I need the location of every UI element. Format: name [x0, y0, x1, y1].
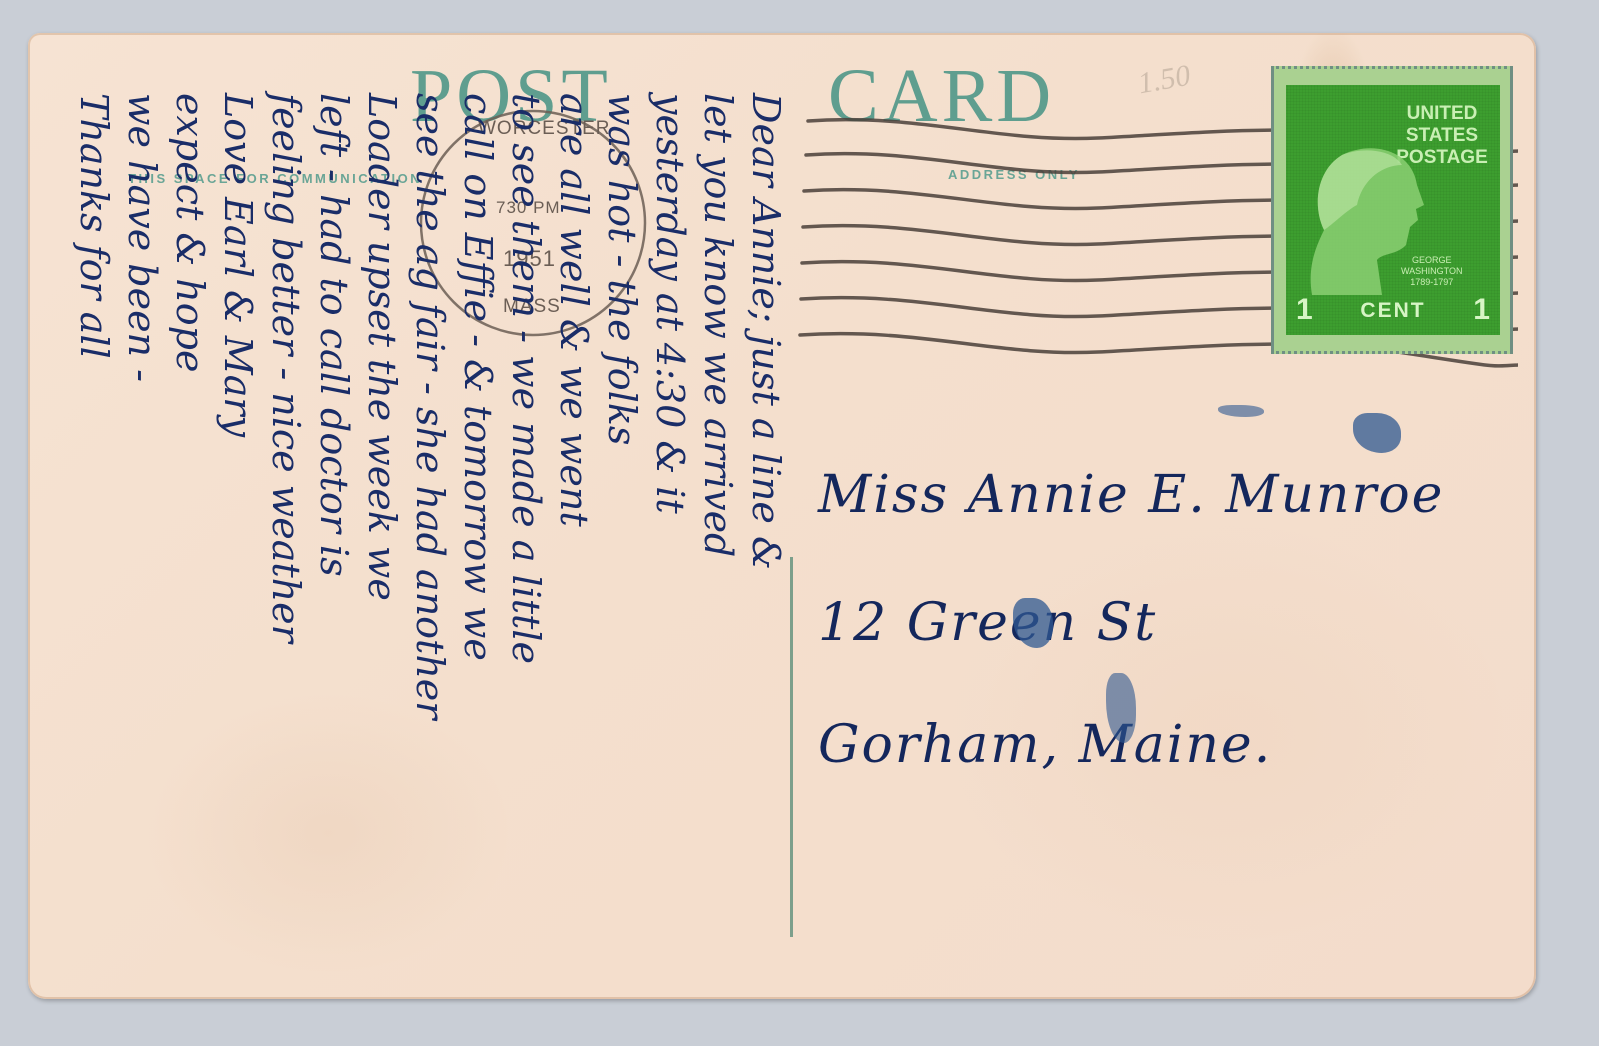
recipient-name: Miss Annie E. Munroe [818, 465, 1444, 525]
stamp-value-right: 1 [1473, 295, 1490, 325]
message-line: call on Effie - & tomorrow we [456, 93, 500, 661]
stamp-value-unit: CENT [1360, 299, 1425, 323]
stamp-face: UNITED STATES POSTAGE GEORGE WASHINGTON … [1286, 85, 1500, 335]
message-line: Thanks for all [72, 93, 116, 359]
message-line: see the ag fair - she had another [408, 93, 452, 719]
ink-blot [1218, 405, 1264, 417]
message-line: Love Earl & Mary [216, 93, 260, 437]
stamp-value-left: 1 [1296, 295, 1313, 325]
center-divider [790, 557, 793, 937]
stamp-denomination: 1 CENT 1 [1296, 295, 1490, 325]
message-line: feeling better - nice weather [264, 93, 308, 643]
message-line: expect & hope [168, 93, 212, 372]
postage-stamp: UNITED STATES POSTAGE GEORGE WASHINGTON … [1271, 66, 1513, 354]
stamp-name-line: 1789-1797 [1401, 277, 1463, 288]
stamp-name-line: WASHINGTON [1401, 266, 1463, 277]
stamp-name-line: GEORGE [1401, 255, 1463, 266]
stamp-name: GEORGE WASHINGTON 1789-1797 [1401, 255, 1463, 288]
postcard-back: POST CARD THIS SPACE FOR COMMUNICATION A… [28, 33, 1536, 999]
message-line: let you know we arrived [696, 93, 740, 557]
message-line: was hot - the folks [600, 93, 644, 445]
recipient-street: 12 Green St [818, 593, 1157, 653]
stamp-title-line: UNITED [1394, 103, 1490, 125]
pencil-price-note: 1.50 [1135, 59, 1193, 102]
message-line: to see them - we made a little [504, 93, 548, 664]
recipient-city-state: Gorham, Maine. [818, 715, 1272, 775]
message-line: we have been - [120, 93, 164, 382]
ink-blot [1353, 413, 1401, 453]
message-line: Loader upset the week we [360, 93, 404, 601]
message-line: are all well & we went [552, 93, 596, 527]
message-line: yesterday at 4:30 & it [648, 93, 692, 514]
message-line: Dear Annie; just a line & [744, 93, 788, 570]
message-line: left - had to call doctor is [312, 93, 356, 577]
